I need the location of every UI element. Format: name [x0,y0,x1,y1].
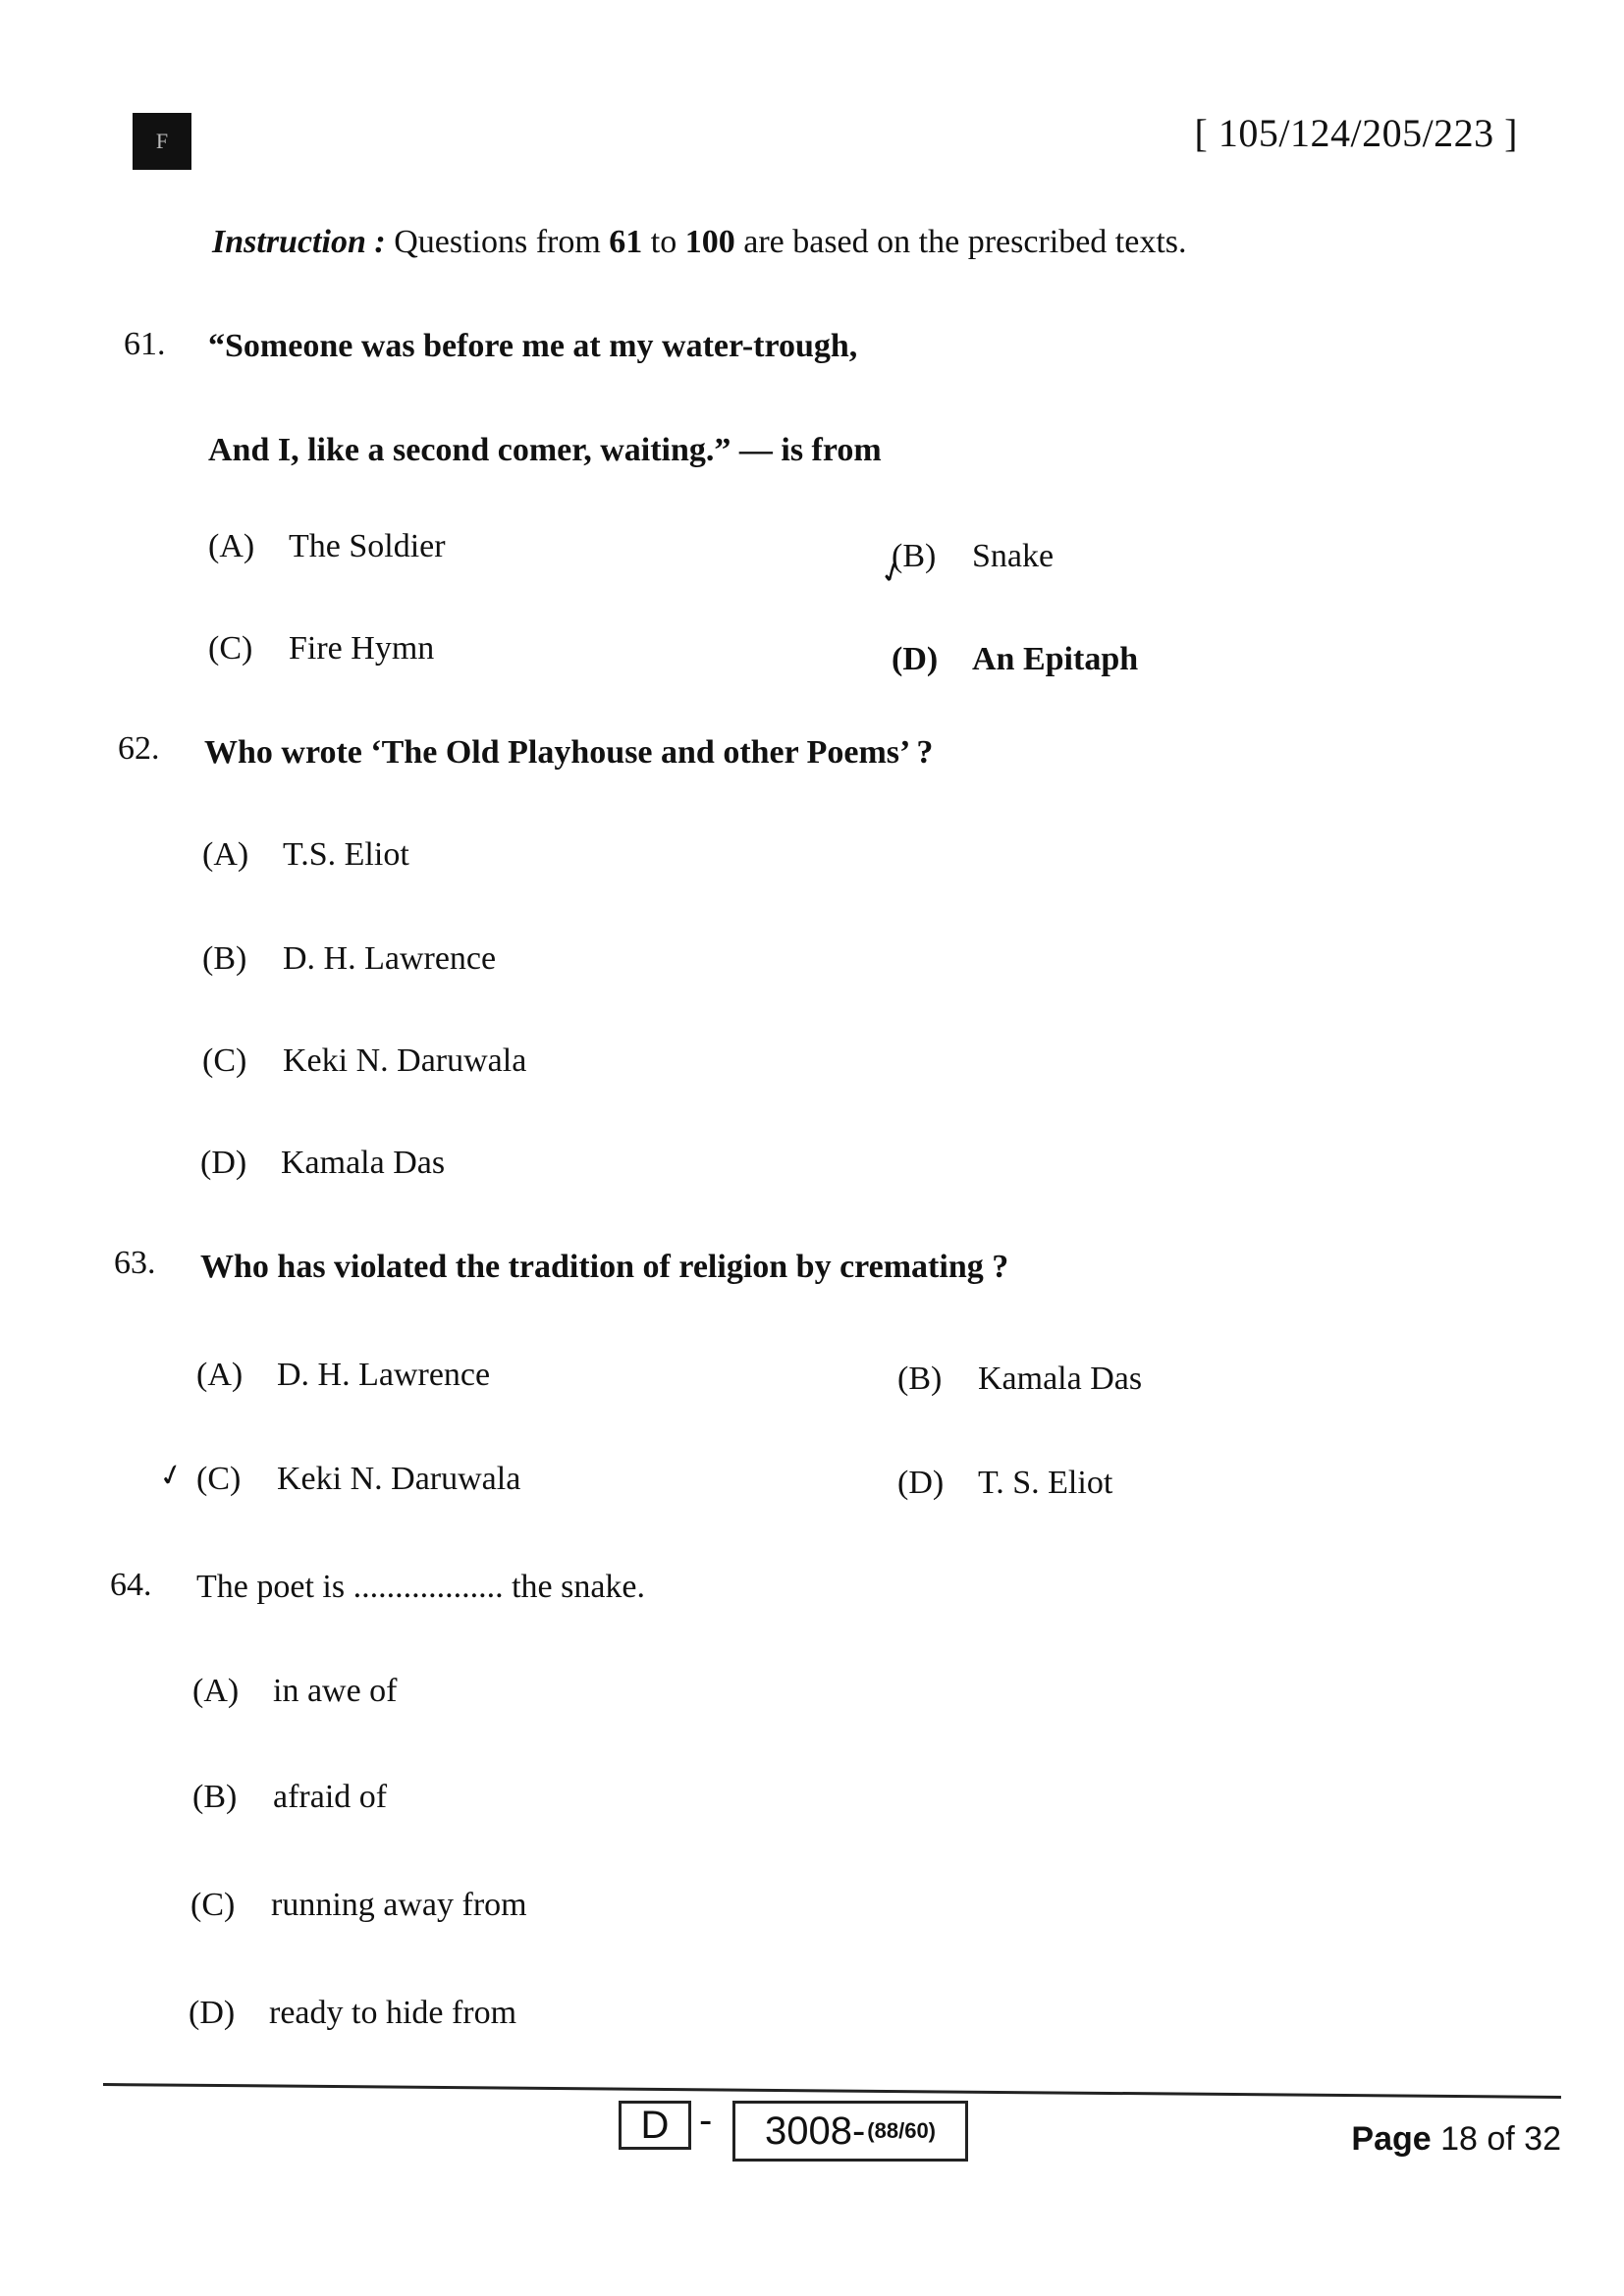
check-mark-icon: ✓ [155,1456,188,1495]
set-letter-badge: F [133,113,191,170]
option-text: D. H. Lawrence [277,1357,490,1393]
option-d[interactable]: (D)Kamala Das [200,1145,445,1182]
option-letter: (B) [192,1779,273,1816]
option-b[interactable]: (B)afraid of [192,1779,387,1816]
option-letter: (A) [202,836,283,874]
option-letter: (D) [892,641,972,678]
option-letter: (B) [897,1361,978,1398]
page-number: Page 18 of 32 [1351,2120,1561,2159]
option-letter: (A) [208,528,289,565]
set-letter: F [156,129,168,154]
option-letter: (C) [190,1887,271,1924]
option-letter: (C) [196,1461,277,1498]
option-letter: (A) [196,1357,277,1394]
instruction: Instruction : Questions from 61 to 100 a… [212,224,1187,261]
option-letter: (D) [897,1465,978,1502]
instruction-to-word: to [651,224,677,260]
option-text: Keki N. Daruwala [277,1461,520,1497]
option-letter: (C) [202,1042,283,1080]
option-a[interactable]: (A)T.S. Eliot [202,836,409,874]
option-letter: (D) [200,1145,281,1182]
paper-code: 3008- [765,2109,865,2154]
instruction-label: Instruction : [212,224,386,260]
option-a[interactable]: (A)The Soldier [208,528,446,565]
option-letter: (A) [192,1673,273,1710]
option-letter: (D) [189,1995,269,2032]
question-number: 64. [110,1567,152,1604]
option-text: Snake [972,538,1054,574]
option-a[interactable]: (A)in awe of [192,1673,398,1710]
option-text: in awe of [273,1673,398,1709]
instruction-to: 100 [685,224,735,260]
question-text: Who wrote ‘The Old Playhouse and other P… [204,734,933,772]
option-d[interactable]: (D)T. S. Eliot [897,1465,1112,1502]
footer-divider [103,2083,1561,2099]
instruction-from: 61 [609,224,642,260]
option-c[interactable]: (C)Fire Hymn [208,630,434,667]
option-a[interactable]: (A)D. H. Lawrence [196,1357,490,1394]
footer-dash: - [699,2099,712,2143]
question-text-line2: And I, like a second comer, waiting.” — … [208,432,882,469]
option-text: T.S. Eliot [283,836,409,873]
option-c[interactable]: (C)Keki N. Daruwala [196,1461,520,1498]
instruction-text-end: are based on the prescribed texts. [743,224,1186,260]
paper-codes: [ 105/124/205/223 ] [1195,110,1518,156]
option-c[interactable]: (C)Keki N. Daruwala [202,1042,526,1080]
option-text: D. H. Lawrence [283,940,496,977]
option-text: The Soldier [289,528,446,564]
series-box: D [619,2101,691,2150]
option-letter: (B) [202,940,283,978]
instruction-text: Questions from [394,224,601,260]
option-letter: (C) [208,630,289,667]
option-text: Kamala Das [281,1145,445,1181]
page-label: Page [1351,2120,1431,2158]
option-text: ready to hide from [269,1995,516,2031]
option-text: Kamala Das [978,1361,1142,1397]
question-number: 61. [124,326,166,363]
option-d[interactable]: (D)An Epitaph [892,641,1138,678]
option-b[interactable]: (B)D. H. Lawrence [202,940,496,978]
option-text: An Epitaph [972,641,1138,677]
question-text: The poet is .................. the snake… [196,1569,645,1606]
option-text: afraid of [273,1779,387,1815]
option-b[interactable]: (B)Snake [892,538,1054,575]
question-text: “Someone was before me at my water-troug… [208,328,857,365]
option-text: Keki N. Daruwala [283,1042,526,1079]
option-d[interactable]: (D)ready to hide from [189,1995,516,2032]
question-text: Who has violated the tradition of religi… [200,1249,1008,1286]
question-number: 63. [114,1245,156,1282]
code-box: 3008-(88/60) [732,2101,968,2162]
option-text: running away from [271,1887,527,1923]
option-c[interactable]: (C)running away from [190,1887,527,1924]
option-text: Fire Hymn [289,630,434,667]
option-text: T. S. Eliot [978,1465,1112,1501]
page-count: 18 of 32 [1440,2120,1561,2158]
option-b[interactable]: (B)Kamala Das [897,1361,1142,1398]
paper-code-suffix: (88/60) [867,2118,936,2144]
series-letter: D [641,2104,670,2148]
question-number: 62. [118,730,160,768]
